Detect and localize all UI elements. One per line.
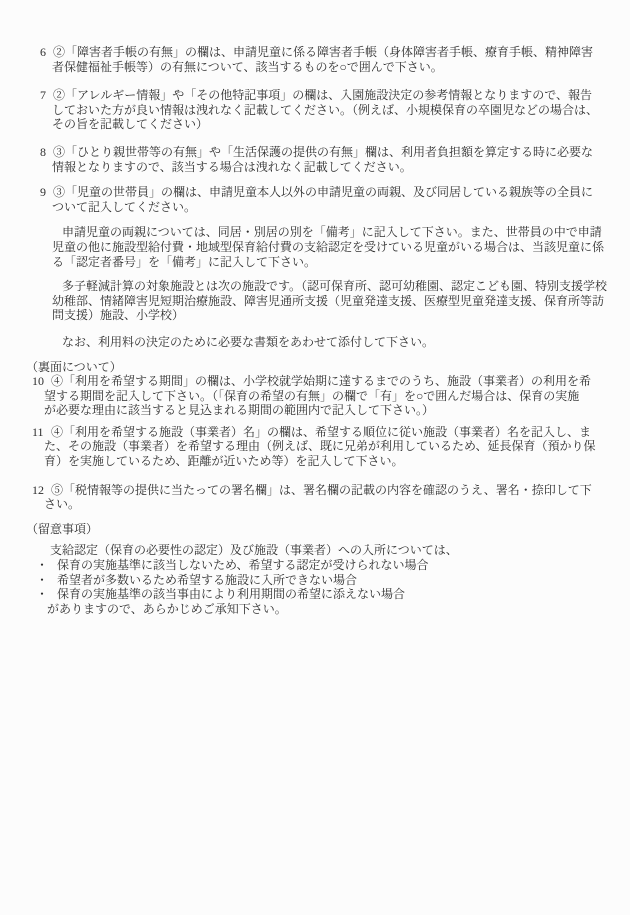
numbered-item: 9③「児童の世帯員」の欄は、申請児童本人以外の申請児童の両親、及び同居している親… [0,185,630,214]
text-line: 情報となりますので、該当する場合は洩れなく記載してください。 [0,160,630,175]
text-line: 保育の実施基準の該当事由により利用期間の希望に添えない場合 [0,587,630,602]
document-page: 6②「障害者手帳の有無」の欄は、申請児童に係る障害者手帳（身体障害者手帳、療育手… [0,0,630,915]
note-close: がありますので、あらかじめご承知下さい。 [0,602,630,617]
numbered-item: 11④「利用を希望する施設（事業者）名」の欄は、希望する順位に従い施設（事業者）… [0,425,630,469]
text-line: 望する期間を記入して下さい。（「保育の希望の有無」の欄で「有」を○で囲んだ場合は… [0,389,630,404]
text-line: た、その施設（事業者）を希望する理由（例えば、既に兄弟が利用しているため、延長保… [0,439,630,454]
bullet-marker-icon: ・ [36,573,48,588]
text-line: 幼稚部、情緒障害児短期治療施設、障害児通所支援（児童発達支援、医療型児童発達支援… [0,294,630,309]
text-line: 多子軽減計算の対象施設とは次の施設です。（認可保育所、認可幼稚園、認定こども園、… [0,279,630,294]
item-number: 11 [32,425,44,440]
text-line: （裏面について） [0,360,630,375]
bullet-item: ・希望者が多数いるため希望する施設に入所できない場合 [0,573,630,588]
text-line: ⑤「税情報等の提供に当たっての署名欄」は、署名欄の記載の内容を確認のうえ、署名・… [0,483,630,498]
text-line: 保育の実施基準に該当しないため、希望する認定が受けられない場合 [0,558,630,573]
text-line: 児童の他に施設型給付費・地域型保育給付費の支給認定を受けている児童がいる場合は、… [0,240,630,255]
text-line: ④「利用を希望する施設（事業者）名」の欄は、希望する順位に従い施設（事業者）名を… [0,425,630,440]
section-header: （裏面について） [0,360,630,375]
text-line: が必要な理由に該当すると見込まれる期間の範囲内で記入して下さい。） [0,403,630,418]
text-line: 問支援）施設、小学校） [0,308,630,323]
item-number: 7 [40,88,46,103]
text-line: ②「障害者手帳の有無」の欄は、申請児童に係る障害者手帳（身体障害者手帳、療育手帳… [0,45,630,60]
document-body: 6②「障害者手帳の有無」の欄は、申請児童に係る障害者手帳（身体障害者手帳、療育手… [0,45,630,616]
item-number: 10 [32,374,44,389]
text-line: （留意事項） [0,522,630,537]
text-line: しておいた方が良い情報は洩れなく記載してください。（例えば、小規模保育の卒園児な… [0,103,630,118]
item-number: 8 [40,145,46,160]
text-line: ついて記入してください。 [0,200,630,215]
numbered-item: 12⑤「税情報等の提供に当たっての署名欄」は、署名欄の記載の内容を確認のうえ、署… [0,483,630,512]
numbered-item: 6②「障害者手帳の有無」の欄は、申請児童に係る障害者手帳（身体障害者手帳、療育手… [0,45,630,74]
numbered-item: 7②「アレルギー情報」や「その他特記事項」の欄は、入園施設決定の参考情報となりま… [0,88,630,132]
text-line: さい。 [0,497,630,512]
bullet-marker-icon: ・ [36,587,48,602]
item-number: 6 [40,45,46,60]
paragraph: なお、利用料の決定のために必要な書類をあわせて添付して下さい。 [0,335,630,350]
text-line: ③「児童の世帯員」の欄は、申請児童本人以外の申請児童の両親、及び同居している親族… [0,185,630,200]
text-line: 希望者が多数いるため希望する施設に入所できない場合 [0,573,630,588]
paragraph: 多子軽減計算の対象施設とは次の施設です。（認可保育所、認可幼稚園、認定こども園、… [0,279,630,323]
text-line: ③「ひとり親世帯等の有無」や「生活保護の提供の有無」欄は、利用者負担額を算定する… [0,145,630,160]
text-line: 育）を実施しているため、距離が近いため等）を記入して下さい。 [0,454,630,469]
text-line: その旨を記載してください） [0,117,630,132]
bullet-item: ・保育の実施基準の該当事由により利用期間の希望に添えない場合 [0,587,630,602]
bullet-item: ・保育の実施基準に該当しないため、希望する認定が受けられない場合 [0,558,630,573]
text-line: る「認定者番号」を「備考」に記入して下さい。 [0,255,630,270]
text-line: ④「利用を希望する期間」の欄は、小学校就学始期に達するまでのうち、施設（事業者）… [0,374,630,389]
item-number: 12 [32,483,44,498]
note-intro: 支給認定（保育の必要性の認定）及び施設（事業者）への入所については、 [0,543,630,558]
numbered-item: 8③「ひとり親世帯等の有無」や「生活保護の提供の有無」欄は、利用者負担額を算定す… [0,145,630,174]
bullet-marker-icon: ・ [36,558,48,573]
text-line: 申請児童の両親については、同居・別居の別を「備考」に記入して下さい。また、世帯員… [0,225,630,240]
numbered-item: 10④「利用を希望する期間」の欄は、小学校就学始期に達するまでのうち、施設（事業… [0,374,630,418]
section-header: （留意事項） [0,522,630,537]
text-line: 者保健福祉手帳等）の有無について、該当するものを○で囲んで下さい。 [0,60,630,75]
text-line: 支給認定（保育の必要性の認定）及び施設（事業者）への入所については、 [0,543,630,558]
text-line: なお、利用料の決定のために必要な書類をあわせて添付して下さい。 [0,335,630,350]
item-number: 9 [40,185,46,200]
paragraph: 申請児童の両親については、同居・別居の別を「備考」に記入して下さい。また、世帯員… [0,225,630,269]
text-line: ②「アレルギー情報」や「その他特記事項」の欄は、入園施設決定の参考情報となります… [0,88,630,103]
text-line: がありますので、あらかじめご承知下さい。 [0,602,630,617]
